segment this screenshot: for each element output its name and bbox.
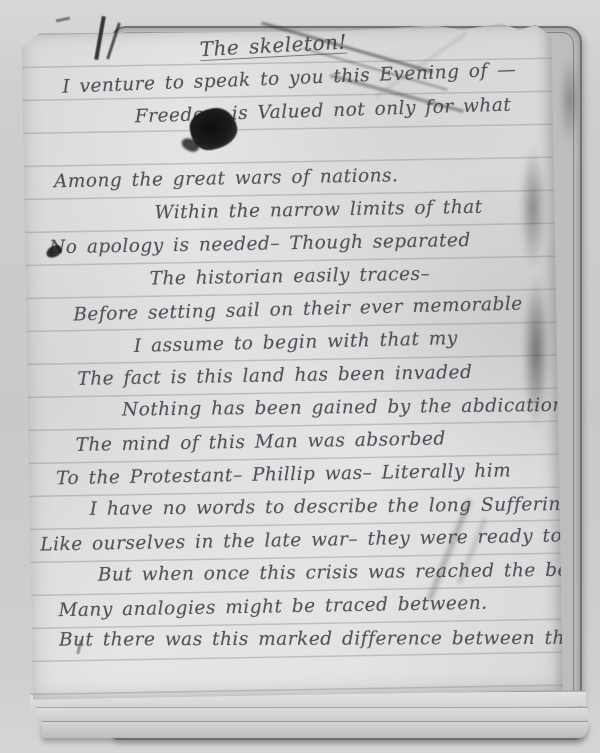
page-stack-edge [36,707,588,722]
pencil-tick-mark [56,17,70,23]
manuscript-line-10: Nothing has been gained by the abdicatio… [122,397,565,420]
edge-smudge [523,275,549,430]
manuscript-page: The skeleton! I venture to speak to you … [21,22,563,699]
edge-smudge [560,55,580,145]
edge-smudge [520,145,546,270]
manuscript-line-17: But there was this marked difference bet… [59,630,576,650]
scanned-notebook-photo: The skeleton! I venture to speak to you … [0,0,600,753]
page-stack-edge [42,721,588,738]
